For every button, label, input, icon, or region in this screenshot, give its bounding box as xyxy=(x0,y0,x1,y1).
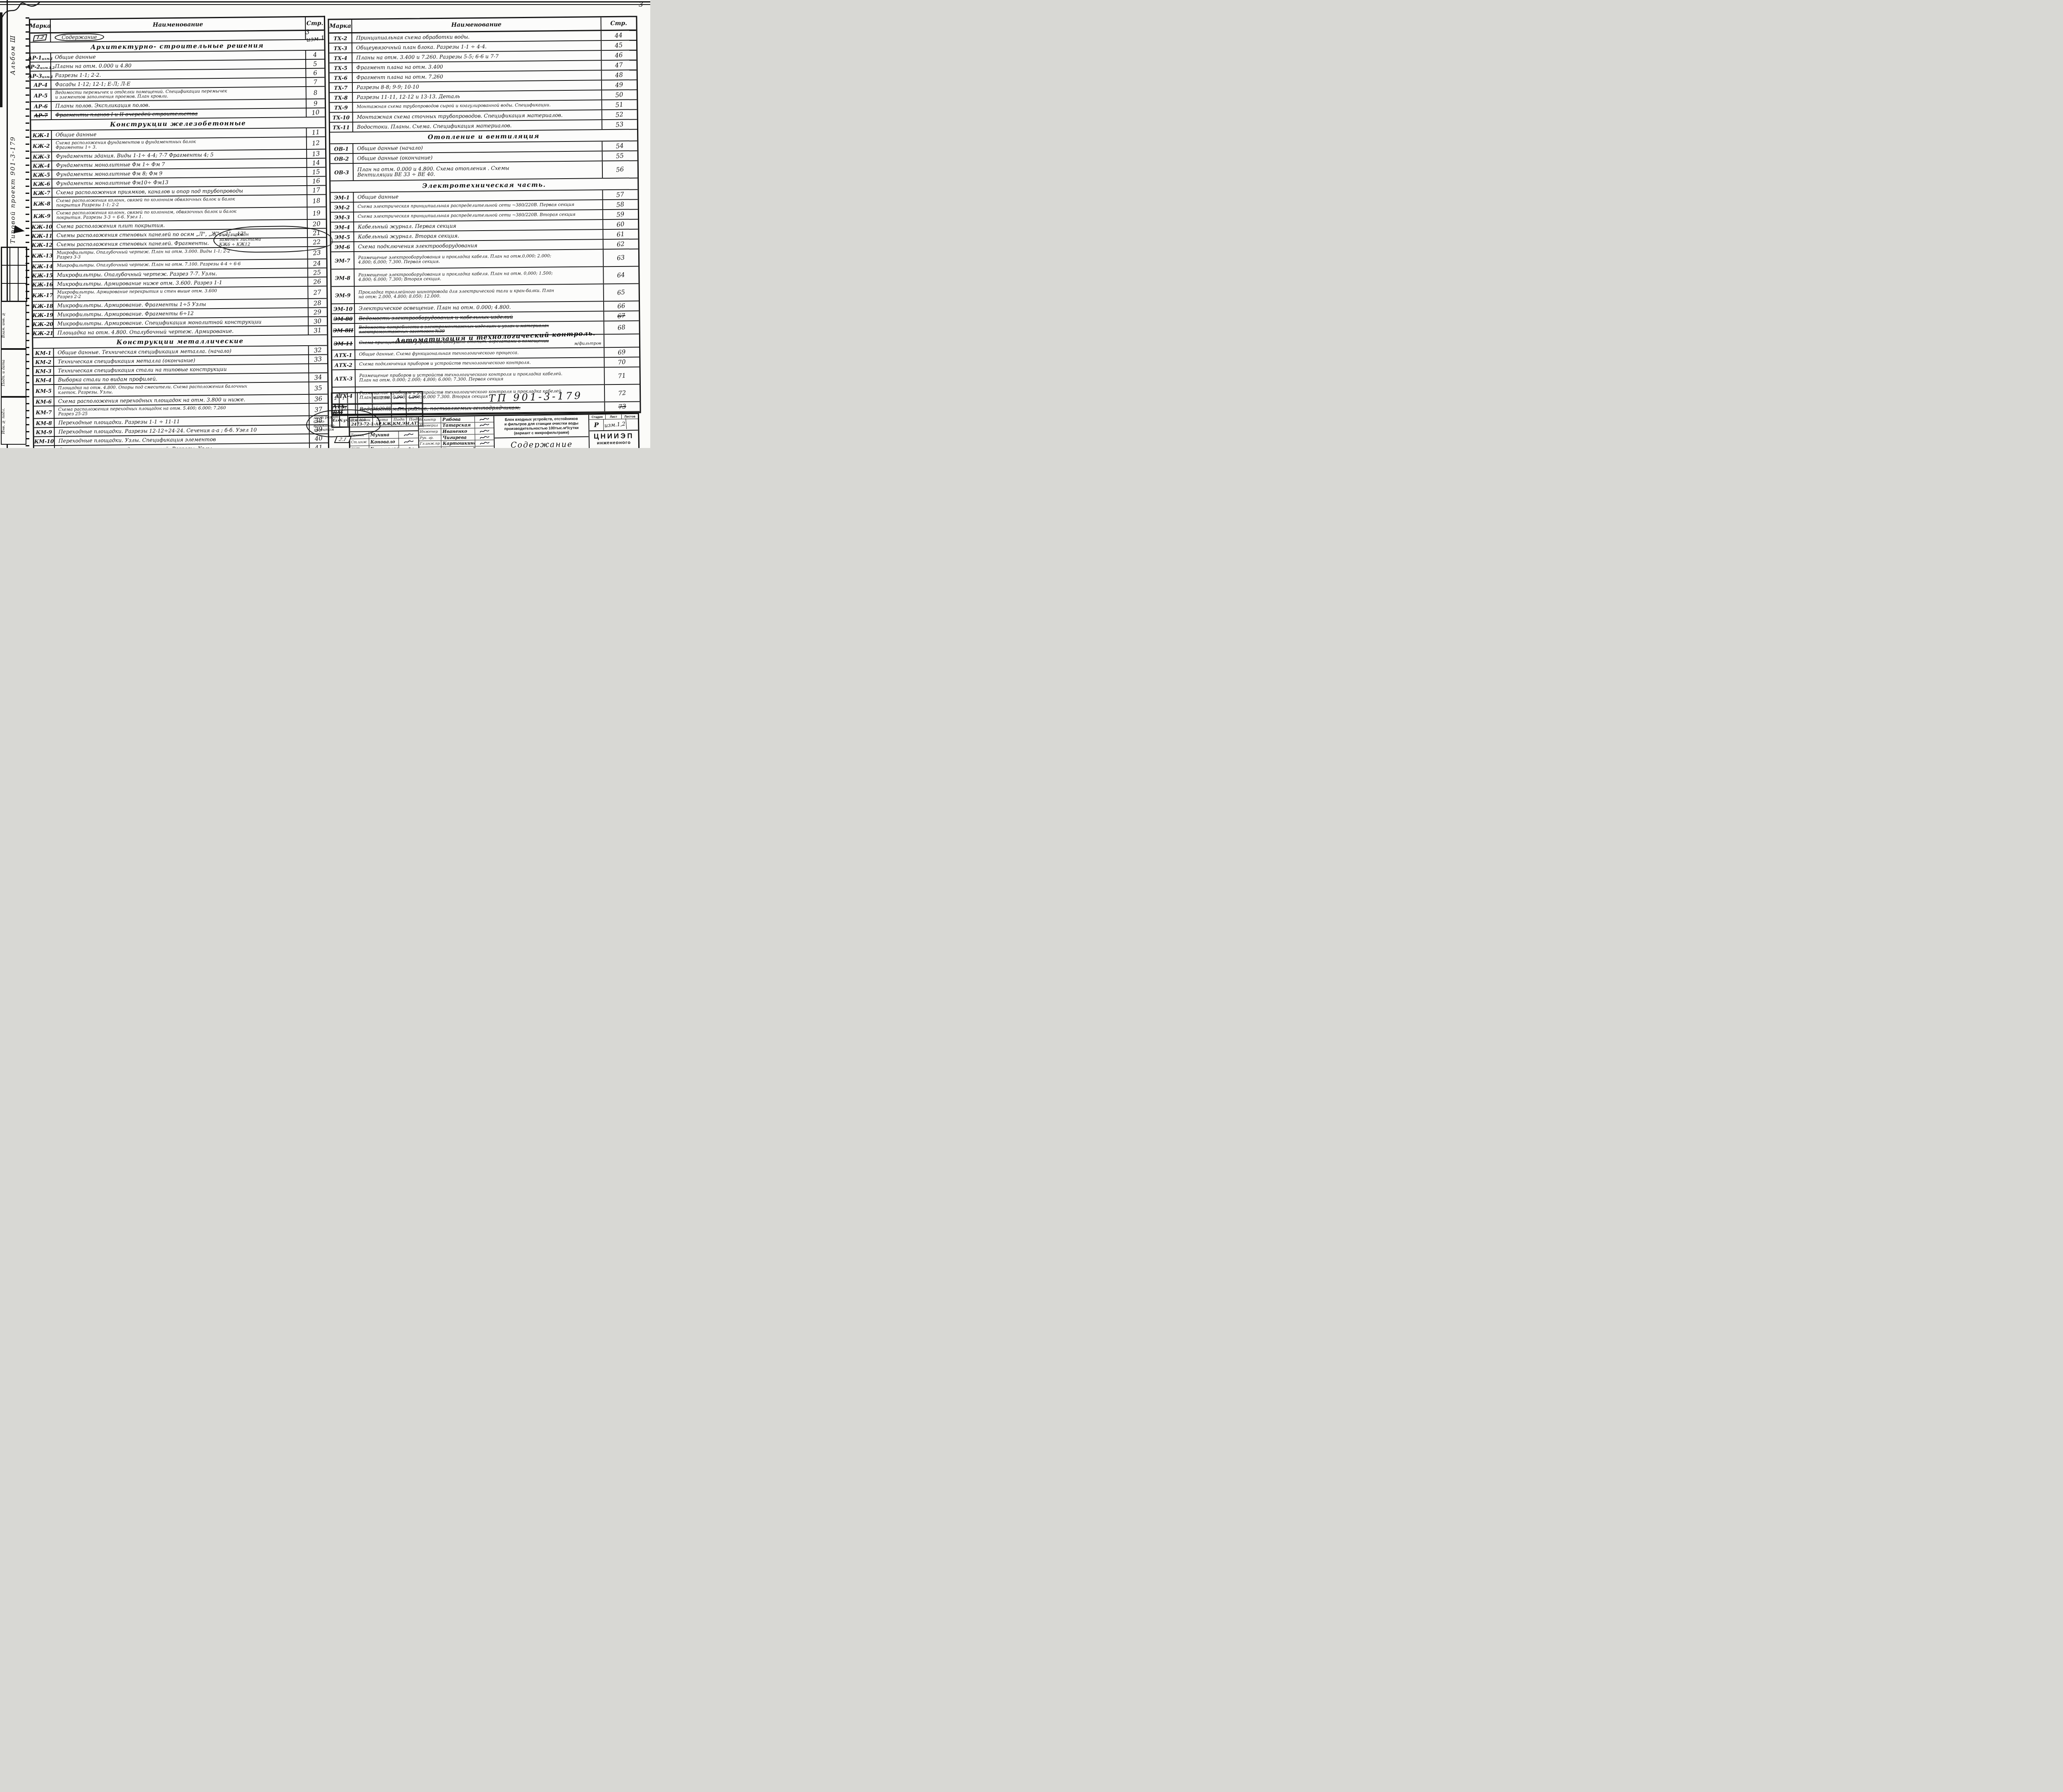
mark-cell: АР-5 xyxy=(31,90,52,101)
page-number: 15 xyxy=(312,168,321,176)
name-text: План на отм. 0.000; 2.000; 4.800; 6.000;… xyxy=(359,377,503,383)
page-number: 34 xyxy=(314,373,323,382)
mark-cell: АР-3изм.1 xyxy=(31,71,51,80)
page-cell: 35 xyxy=(309,382,327,394)
page-number: 63 xyxy=(617,254,626,262)
mark-text: АР-3 xyxy=(28,73,42,79)
signature xyxy=(403,439,414,444)
name-line: Общие данные. Схема функциональная техно… xyxy=(359,350,604,357)
name-line: Кабельный журнал. Вторая секция. xyxy=(358,232,602,240)
name-text: Микрофильтры. Армирование. Спецификация … xyxy=(57,319,262,327)
mark-text: АР-4 xyxy=(34,82,48,88)
page-number: 47 xyxy=(615,61,623,69)
name-line: Фундаменты монолитные Фм 1÷ Фм 7 xyxy=(56,160,306,168)
margin-stamp-label: Инв. № подл. xyxy=(1,397,26,445)
handwritten-note-small: м/фильтров xyxy=(574,341,601,346)
name-cell: Кабельный журнал. Вторая секция. xyxy=(354,230,603,241)
page-number: 65 xyxy=(617,288,626,297)
mark-text: КМ-7 xyxy=(36,409,52,415)
mark-cell: КЖ-5 xyxy=(32,170,52,179)
handwritten-flag: 1.2 xyxy=(33,34,48,41)
page-number: 24 xyxy=(313,259,321,268)
name-text: Площадка на отм. 4.800. Опалубочный черт… xyxy=(57,328,234,336)
mark-cell: КЖ-1 xyxy=(31,131,52,139)
page-cell: 41 xyxy=(310,443,328,448)
name-text: Схемы расположения стеновых панелей по о… xyxy=(57,231,246,238)
page-number: 26 xyxy=(313,278,322,286)
name-text: Общие данные xyxy=(56,131,97,138)
mark-text: КМ-6 xyxy=(35,398,52,404)
page-number: 33 xyxy=(314,355,323,363)
header-mark: Марка xyxy=(30,20,51,32)
name-line: Микрофильтры. Армирование ниже отм. 3.60… xyxy=(57,279,307,287)
name-line: Принципиальная схема обработки воды. xyxy=(356,33,601,41)
section-title: Конструкции железобетонные xyxy=(110,119,246,128)
mark-cell: КМ-11 xyxy=(34,446,55,448)
page-cell: 64 xyxy=(604,266,638,283)
table-row: ЭМ-9Прокладка троллейного шинопровода дл… xyxy=(332,284,639,304)
mark-cell: ТХ-3 xyxy=(329,43,352,53)
name-text: Фрагмент плана на отм. 3.400 xyxy=(356,64,443,71)
revision-cell: 2 xyxy=(332,393,339,404)
signature xyxy=(479,434,490,439)
page-number: 6 xyxy=(313,69,318,77)
mark-cell: КМ-5 xyxy=(34,385,54,396)
mark-text: КЖ-2 xyxy=(33,142,50,149)
mark-cell: ОВ-3 xyxy=(330,164,354,181)
name-line: Схемы расположения стеновых панелей. Фра… xyxy=(57,239,307,247)
name-line: Микрофильтры. Армирование. Фрагменты 6÷1… xyxy=(57,309,308,317)
mark-text: КЖ-18 xyxy=(32,302,53,309)
name-line: Кабельный журнал. Первая секция xyxy=(358,222,602,230)
name-line: Микрофильтры. Опалубочный чертеж. Разрез… xyxy=(57,270,307,278)
stamp-person-row: ГИПХристолев xyxy=(350,445,418,448)
mark-cell: ТХ-11 xyxy=(330,123,353,132)
page-number: 53 xyxy=(616,120,624,129)
mark-text: КМ-2 xyxy=(35,358,51,365)
name-text: Ведомость электрооборудования и кабельны… xyxy=(359,314,513,322)
name-line: Монтажная схема сточных трубопроводов. С… xyxy=(357,112,602,120)
name-text: Фундаменты монолитные Фм 1÷ Фм 7 xyxy=(56,161,165,169)
mark-text: ЭМ-7 xyxy=(335,257,350,264)
stage-label: Стадия xyxy=(589,415,606,420)
signature xyxy=(409,406,420,410)
page-number: 37 xyxy=(314,406,323,414)
revision-header-cell: N.уч xyxy=(340,415,348,427)
table-body: ТХ-2Принципиальная схема обработки воды.… xyxy=(329,31,640,415)
name-line: Схема расположения плит покрытия. xyxy=(57,221,307,229)
name-line: Фрагменты планов I и II очередей строите… xyxy=(55,110,306,118)
stage-label: Лист xyxy=(606,414,622,419)
page-number: 48 xyxy=(615,71,623,79)
mark-cell: ЭМ-10 xyxy=(332,304,355,314)
table-row: ОВ-3План на отм. 0.000 и 4.800. Схема от… xyxy=(330,161,637,181)
person-signature xyxy=(475,416,493,422)
revision-cell xyxy=(347,393,357,403)
page-cell: 24 xyxy=(308,259,326,268)
name-cell: Прокладка троллейного шинопровода для эл… xyxy=(355,284,604,303)
replaces-note: Взамен 2473-72-1-АР,КЖ,КМ,ЭМ,АТХ-1 xyxy=(350,417,418,432)
mark-cell: ОВ-2 xyxy=(330,154,354,163)
person-name: Картошкина xyxy=(441,441,475,447)
revision-cell xyxy=(406,403,422,414)
mark-text: КМ-4 xyxy=(35,377,52,383)
name-text: Планы на отм. 0.000 и 4.80 xyxy=(55,63,132,70)
name-cell: Фрагмент плана на отм. 7.260 xyxy=(353,71,602,82)
handwritten-flag: 2.1 xyxy=(334,436,352,443)
person-signature xyxy=(399,439,418,444)
mark-cell: ТХ-9 xyxy=(330,103,353,112)
name-cell: Общие данные. Схема функциональная техно… xyxy=(355,348,604,359)
scan-smudge xyxy=(0,12,2,107)
name-cell: Разрезы 8-8; 9-9; 10-10 xyxy=(353,80,602,92)
name-text: 4.800; 6,000; 7.300. Первая секция. xyxy=(358,259,440,265)
revision-cell xyxy=(391,392,406,403)
signature xyxy=(403,432,414,437)
page-cell: 19 xyxy=(307,207,326,219)
page-number: 59 xyxy=(616,210,625,219)
mark-cell: ОВ-1 xyxy=(330,144,353,153)
person-name: Чигирева xyxy=(441,434,475,441)
name-line: Выборка стали по видам профилей. xyxy=(58,375,308,382)
signature xyxy=(479,422,490,427)
mark-cell: АР-2изм.1,2 xyxy=(31,62,51,71)
mark-cell: КЖ-2 xyxy=(31,140,52,151)
name-cell: Электрическое освещение. План на отм. 0.… xyxy=(355,302,604,313)
name-text: Микрофильтры. Опалубочный чертеж. План н… xyxy=(57,262,241,268)
name-cell: Общеувязочный план блока. Разрезы 1-1 ÷ … xyxy=(352,41,602,52)
mark-text: КМ-9 xyxy=(36,429,52,435)
name-cell: Размещение приборов и устройств технолог… xyxy=(356,368,605,387)
mark-cell: АТХ-1 xyxy=(332,350,355,360)
person-signature xyxy=(475,422,493,428)
mark-text: ЭМ-11 xyxy=(334,340,353,347)
mark-text: АР-1 xyxy=(28,54,42,61)
mark-cell: КМ-10 xyxy=(34,437,55,445)
mark-cell: ТХ-7 xyxy=(330,83,353,92)
signature xyxy=(403,446,414,448)
page-number: 23 xyxy=(313,249,321,257)
name-text: и элементов заполнения проемов. План кро… xyxy=(55,94,168,100)
name-line: Общие данные (окончание) xyxy=(357,153,602,161)
person-role: Инженер xyxy=(419,429,441,435)
page-number: 22 xyxy=(313,238,321,246)
revision-cell xyxy=(391,403,406,414)
mark-cell: ЭМ-4 xyxy=(331,222,354,232)
name-cell: Фрагмент плана на отм. 3.400 xyxy=(352,61,602,72)
name-line: Фундаменты монолитные Фм10÷ Фм13 xyxy=(56,178,307,186)
page-cell: 50 xyxy=(602,90,637,99)
name-line: Техническая спецификация металла (оконча… xyxy=(58,356,308,364)
name-text: Схема подключения электрооборудования xyxy=(358,243,477,250)
stamp-stage-block: Стадия Лист Листов Р изм.1,2 ЦНИИЭП инже… xyxy=(589,414,638,448)
mark-text: КЖ-20 xyxy=(33,321,54,327)
page-cell: 36 xyxy=(309,395,328,403)
mark-cell: ЭМ-2 xyxy=(331,203,354,212)
name-line: Схема электрическая принципиальная распр… xyxy=(358,212,602,219)
page-cell: 27 xyxy=(308,287,326,298)
name-line: Схема расположения приямков, каналов и о… xyxy=(56,187,307,195)
page-cell: 38 xyxy=(309,416,328,424)
page-cell: 45 xyxy=(602,40,636,50)
name-text: клеток. Разрезы. Узлы. xyxy=(58,390,113,395)
page-number: 51 xyxy=(615,101,624,109)
person-name: Бреславский xyxy=(441,446,475,448)
mark-text: КЖ-19 xyxy=(33,311,54,318)
mark-text: АР-6 xyxy=(34,103,48,109)
mark-cell: КЖ-16 xyxy=(33,280,53,288)
signature xyxy=(479,441,490,446)
name-cell: Общие данные (начало) xyxy=(353,141,602,153)
signature xyxy=(393,395,404,400)
page-number: 8 xyxy=(313,89,318,97)
page-cell: 14 xyxy=(307,159,325,167)
mark-text: ЭМ-2 xyxy=(334,204,350,210)
page-number: 57 xyxy=(616,191,625,199)
page-number: 54 xyxy=(616,142,624,150)
name-line: Схема электрическая принципиальная распр… xyxy=(358,203,602,210)
name-cell: Размещение электрооборудования и проклад… xyxy=(354,250,604,269)
corner-scribble xyxy=(0,0,45,21)
page-number: 28 xyxy=(313,299,322,307)
mark-cell: АР-6 xyxy=(31,102,52,110)
person-signature xyxy=(399,432,418,437)
page-cell: 51 xyxy=(602,100,637,109)
name-line: Фрагмент плана на отм. 7.260 xyxy=(356,73,601,80)
name-line: Схемы расположения стеновых панелей по о… xyxy=(57,230,307,238)
page-number: 5 xyxy=(313,60,317,68)
name-cell: Схема расположения колонн, связей по кол… xyxy=(52,207,307,222)
name-text: покрытия Разрезы 1-1; 2-2 xyxy=(56,202,119,207)
mark-text: АР-5 xyxy=(34,92,48,99)
name-cell: Схема принципиальная управления воздушно… xyxy=(355,335,604,349)
name-text: Фрагменты 1÷ 3. xyxy=(56,145,97,150)
mark-cell: ЭМ-1 xyxy=(330,193,354,202)
name-line: Площадка на отм. 4.800. Опалубочный черт… xyxy=(57,328,308,335)
mark-text: ЭМ-8Н xyxy=(333,327,354,333)
mark-cell: КЖ-11 xyxy=(32,231,53,240)
revision-cell xyxy=(357,393,372,404)
mark-text: КЖ-9 xyxy=(33,212,51,219)
name-text: Общие данные xyxy=(357,193,398,200)
name-line: Переходные площадки. Разрезы 12-12÷24-24… xyxy=(59,427,309,434)
name-line: Фасады 1-12; 12-1; Е-Л; Л-Е xyxy=(55,79,305,87)
mark-cell: ТХ-6 xyxy=(330,73,353,83)
page-number: 9 xyxy=(313,99,318,107)
name-text: Переходные площадки. Разрезы 12-12÷24-24… xyxy=(59,427,257,435)
name-cell: Общие данные xyxy=(354,190,603,202)
name-text: Электрическое освещение. План на отм. 0.… xyxy=(359,304,511,312)
margin-approval-grid xyxy=(1,247,27,302)
name-line: Общие данные xyxy=(357,192,602,200)
name-cell: Схема расположения переходных площадок н… xyxy=(54,404,309,418)
person-name: Татарская xyxy=(441,422,475,429)
page-cell: 69 xyxy=(604,347,639,357)
margin-album-label: Альбом Ш xyxy=(9,35,17,75)
name-cell: Схема расположения фундаментов и фундаме… xyxy=(52,137,307,151)
page-number: 31 xyxy=(314,326,322,335)
page-number: 3 изм.1 xyxy=(305,27,325,43)
name-line: Общие данные (начало) xyxy=(357,144,602,151)
revision-cell: 16.09.88 xyxy=(372,403,391,414)
header-name: Наименование xyxy=(51,17,306,32)
mark-cell: КЖ-18 xyxy=(33,302,54,310)
mark-cell: АР-4 xyxy=(31,80,51,89)
name-text: Содержание xyxy=(54,33,104,41)
name-line: Схема подключения электрооборудования xyxy=(358,242,603,250)
mark-text: ТХ-10 xyxy=(333,114,350,120)
name-cell: Схема расположения колонн, связей по кол… xyxy=(52,195,307,209)
name-text: Фасады 1-12; 12-1; Е-Л; Л-Е xyxy=(55,81,130,88)
name-text: Переходные площадки. Узлы. Спецификация … xyxy=(59,436,216,444)
name-text: Схема подключения приборов и устройств т… xyxy=(359,360,531,367)
person-role: ГИП xyxy=(350,446,369,448)
name-cell: Общие данные (окончание) xyxy=(354,151,603,163)
header-mark: Марка xyxy=(329,20,352,33)
mark-text: КЖ-15 xyxy=(32,272,53,278)
revision-row: 14216.09.88 xyxy=(332,403,422,415)
person-role: Гл.инж.пр xyxy=(419,441,441,447)
frame-top-line-2 xyxy=(0,4,650,5)
name-text: Водостоки. Планы. Схема. Спецификация ма… xyxy=(357,123,512,130)
page-number: 69 xyxy=(618,348,626,356)
page-number: 7 xyxy=(313,78,318,86)
stage-value: Р xyxy=(589,420,604,430)
mark-text: ЭМ-4 xyxy=(334,224,350,230)
name-text: Кабельный журнал. Первая секция xyxy=(358,223,456,230)
mark-text: КЖ-11 xyxy=(32,232,53,238)
page-cell: 9 xyxy=(307,99,325,108)
name-cell: План на отм. 0.000 и 4.800. Схема отопле… xyxy=(354,161,603,180)
name-line: Общеувязочный план блока. Разрезы 1-1 ÷ … xyxy=(356,43,601,51)
mark-text: ОВ-3 xyxy=(334,169,349,175)
page-cell: 18 xyxy=(307,195,326,207)
name-text: Разрез 3-3 xyxy=(57,255,80,260)
mark-cell: ЭМ-3 xyxy=(331,212,354,222)
page-number: 38 xyxy=(314,416,323,424)
page-number: 60 xyxy=(616,220,625,229)
mark-text: КМ-3 xyxy=(35,368,52,374)
page-cell: 67 xyxy=(604,311,639,321)
organization-name-2: инженерного оборудования xyxy=(590,440,638,445)
revision-flag-icon xyxy=(13,225,25,235)
name-text: Схема расположения подвесных путей. Разр… xyxy=(59,446,212,448)
name-text: покрытия. Разрезы 3-3 ÷ 6-6. Узел 1. xyxy=(57,215,143,220)
person-role: Проверил xyxy=(419,423,441,429)
table-body: аннулирован заменен листами КЖ6 ÷ КЖ12 1… xyxy=(30,31,328,448)
page-number: 13 xyxy=(312,150,321,158)
mark-cell: ТХ-10 xyxy=(330,113,353,122)
person-signature xyxy=(475,429,493,434)
name-text: Вентиляции ВЕ 33 ÷ ВЕ 40. xyxy=(357,171,435,178)
mark-text: ТХ-8 xyxy=(334,94,348,101)
mark-text: ЭМ-80 xyxy=(333,316,353,322)
page-cell: 63 xyxy=(604,249,638,266)
page-number: 17 xyxy=(312,186,321,194)
name-text: Техническая спецификация стали на типовы… xyxy=(58,366,227,374)
name-line: Схема подключения приборов и устройств т… xyxy=(359,360,604,367)
mark-cell: КЖ-20 xyxy=(33,320,54,328)
stamp-title-block: Блок входных устройств, отстойников и фи… xyxy=(494,415,590,448)
page-number: 20 xyxy=(312,220,321,228)
page-number: 16 xyxy=(312,177,321,185)
name-line: Общие данные xyxy=(55,52,305,60)
page-number: 66 xyxy=(617,302,626,310)
name-text: Разрезы 11-11, 12-12 и 13-13. Деталь xyxy=(356,93,460,100)
name-text: Монтажная схема сточных трубопроводов. С… xyxy=(357,112,563,120)
mark-cell: ЭМ-7 xyxy=(331,252,354,269)
page-number: 58 xyxy=(616,200,625,209)
mark-text: КЖ-1 xyxy=(33,132,50,138)
page-number: 35 xyxy=(314,384,323,392)
name-text: Фундаменты здания. Виды 1-1÷ 4-4; 7-7 Фр… xyxy=(56,152,214,160)
mark-text: КЖ-17 xyxy=(32,292,53,298)
mark-text: ЭМ-9 xyxy=(335,292,351,298)
mark-text: КЖ-13 xyxy=(32,252,53,258)
name-text: Планы на отм. 3.400 и 7.260. Разрезы 5-5… xyxy=(356,53,498,61)
sheet-number-value: изм.1,2 xyxy=(603,418,627,431)
name-text: электромонтажных заготовок №39 xyxy=(359,329,445,335)
project-number: ТП 901-3-179 xyxy=(489,390,583,404)
name-text: Фрагмент плана на отм. 7.260 xyxy=(356,73,443,80)
person-signature xyxy=(475,434,494,440)
person-signature xyxy=(399,446,418,448)
mark-text: АР-7 xyxy=(34,112,48,118)
name-cell: Схема электрическая принципиальная распр… xyxy=(354,200,603,212)
page-cell: 46 xyxy=(602,50,636,60)
table-row: ЭМ-7Размещение электрооборудования и про… xyxy=(331,249,638,269)
name-text: Микрофильтры. Опалубочный чертеж. Разрез… xyxy=(57,271,217,278)
section-title: Отопление и вентиляция xyxy=(428,132,540,141)
name-cell: Схема подключения приборов и устройств т… xyxy=(355,358,604,369)
mark-text: КЖ-14 xyxy=(32,263,53,269)
margin-stamp-label: Подп. и дата xyxy=(1,349,26,397)
page-number: 39 xyxy=(314,425,323,434)
mark-cell: АТХ-2 xyxy=(332,360,355,370)
contents-table-right: Марка Наименование Стр. ТХ-2Принципиальн… xyxy=(328,16,641,416)
name-text: Техническая спецификация металла (оконча… xyxy=(58,357,195,365)
page-cell: 3 изм.1 xyxy=(306,31,324,39)
page-number: 41 xyxy=(315,443,323,448)
revision-cell: 1 xyxy=(332,404,339,415)
organization-name: ЦНИИЭП xyxy=(589,431,638,441)
page-cell: 58 xyxy=(603,200,638,209)
page-cell: 40 xyxy=(310,434,328,443)
name-cell: Ведомости перемычек и отделки помещений.… xyxy=(52,87,307,101)
mark-cell: КЖ-8 xyxy=(32,198,52,209)
name-line: Разрезы 1-1; 2-2. xyxy=(55,70,305,78)
mark-text: ЭМ-8 xyxy=(335,275,351,281)
page-cell: 34 xyxy=(309,373,327,382)
main-stamp: Взамен 2473-72-1-АР,КЖ,КМ,ЭМ,АТХ-1 Техни… xyxy=(349,413,640,448)
title-block: ТП 901-3-179 216.02.9014216.09.88ИзмN.уч… xyxy=(329,387,639,448)
revision-cell: 42 xyxy=(339,404,347,415)
page-cell: 22 xyxy=(308,238,326,246)
name-line: Микрофильтры. Армирование. Спецификация … xyxy=(57,318,308,326)
name-text: Кабельный журнал. Вторая секция. xyxy=(358,233,459,240)
page-cell: 60 xyxy=(603,219,638,229)
name-cell: Монтажная схема сточных трубопроводов. С… xyxy=(353,110,602,122)
mark-cell: ТХ-8 xyxy=(330,93,353,102)
page-number: 70 xyxy=(618,358,626,366)
mark-text: КЖ-21 xyxy=(33,330,54,336)
mark-text: АР-2 xyxy=(26,64,40,70)
frame-top-line xyxy=(0,1,650,2)
name-text: Разрез 25-25 xyxy=(58,411,87,417)
page-number: 56 xyxy=(616,165,625,174)
name-cell: Принципиальная схема обработки воды. xyxy=(352,31,602,42)
name-line: Фундаменты монолитные Фм 8; Фм 9 xyxy=(56,169,307,177)
